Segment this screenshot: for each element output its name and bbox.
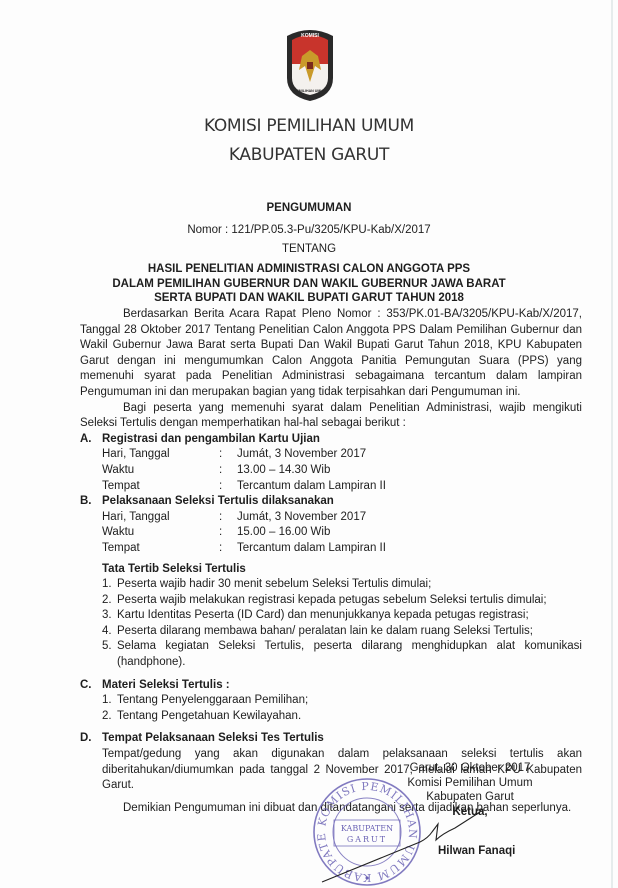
paragraph-requirements: Bagi peserta yang memenuhi syarat dalam …: [80, 401, 582, 432]
announcement-subject: HASIL PENELITIAN ADMINISTRASI CALON ANGG…: [0, 262, 618, 306]
signature-block: Garut, 30 Oktober 2017 Komisi Pemilihan …: [380, 761, 560, 819]
rule-item: 3.Kartu Identitas Peserta (ID Card) dan …: [80, 608, 582, 624]
svg-text:KOMISI: KOMISI: [301, 33, 319, 39]
paragraph-basis: Berdasarkan Berita Acara Rapat Pleno Nom…: [80, 307, 582, 401]
signing-org: Komisi Pemilihan Umum: [380, 776, 560, 791]
subject-line: HASIL PENELITIAN ADMINISTRASI CALON ANGG…: [0, 262, 618, 277]
section-b-row: Hari, Tanggal:Jumát, 3 November 2017: [80, 510, 582, 526]
announcement-heading: PENGUMUMAN: [0, 202, 618, 214]
rule-item: 5.Selama kegiatan Seleksi Tertulis, pese…: [80, 639, 582, 670]
section-b-heading: B. Pelaksanaan Seleksi Tertulis dilaksan…: [80, 494, 582, 510]
announcement-body: Berdasarkan Berita Acara Rapat Pleno Nom…: [80, 307, 582, 816]
subject-line: DALAM PEMILIHAN GUBERNUR DAN WAKIL GUBER…: [0, 277, 618, 292]
rule-item: 4.Peserta dilarang membawa bahan/ perala…: [80, 624, 582, 640]
section-a-row: Tempat:Tercantum dalam Lampiran II: [80, 479, 582, 495]
section-a-row: Hari, Tanggal:Jumát, 3 November 2017: [80, 447, 582, 463]
org-region: KABUPATEN GARUT: [0, 145, 618, 165]
section-a-row: Waktu:13.00 – 14.30 Wib: [80, 463, 582, 479]
section-b-row: Waktu:15.00 – 16.00 Wib: [80, 525, 582, 541]
about-label: TENTANG: [0, 243, 618, 255]
subject-line: SERTA BUPATI DAN WAKIL BUPATI GARUT TAHU…: [0, 291, 618, 306]
kpu-logo-icon: KOMISI PEMILIHAN UMUM: [283, 26, 337, 102]
section-d-heading: D. Tempat Pelaksanaan Seleksi Tes Tertul…: [80, 731, 582, 747]
announcement-number: Nomor : 121/PP.05.3-Pu/3205/KPU-Kab/X/20…: [0, 224, 618, 236]
signer-name: Hilwan Fanaqi: [438, 845, 515, 857]
place-date: Garut, 30 Oktober 2017: [380, 761, 560, 776]
section-b-row: Tempat:Tercantum dalam Lampiran II: [80, 541, 582, 557]
signing-region: Kabupaten Garut: [380, 790, 560, 805]
section-c-heading: C. Materi Seleksi Tertulis :: [80, 678, 582, 694]
rules-title: Tata Tertib Seleksi Tertulis: [80, 562, 582, 578]
rule-item: 1.Peserta wajib hadir 30 menit sebelum S…: [80, 577, 582, 593]
material-item: 1.Tentang Penyelenggaraan Pemilihan;: [80, 693, 582, 709]
rule-item: 2.Peserta wajib melakukan registrasi kep…: [80, 593, 582, 609]
section-a-heading: A. Registrasi dan pengambilan Kartu Ujia…: [80, 432, 582, 448]
svg-text:PEMILIHAN UMUM: PEMILIHAN UMUM: [294, 89, 326, 93]
org-name: KOMISI PEMILIHAN UMUM: [0, 116, 618, 136]
signer-position: Ketua,: [380, 805, 560, 820]
material-item: 2.Tentang Pengetahuan Kewilayahan.: [80, 709, 582, 725]
